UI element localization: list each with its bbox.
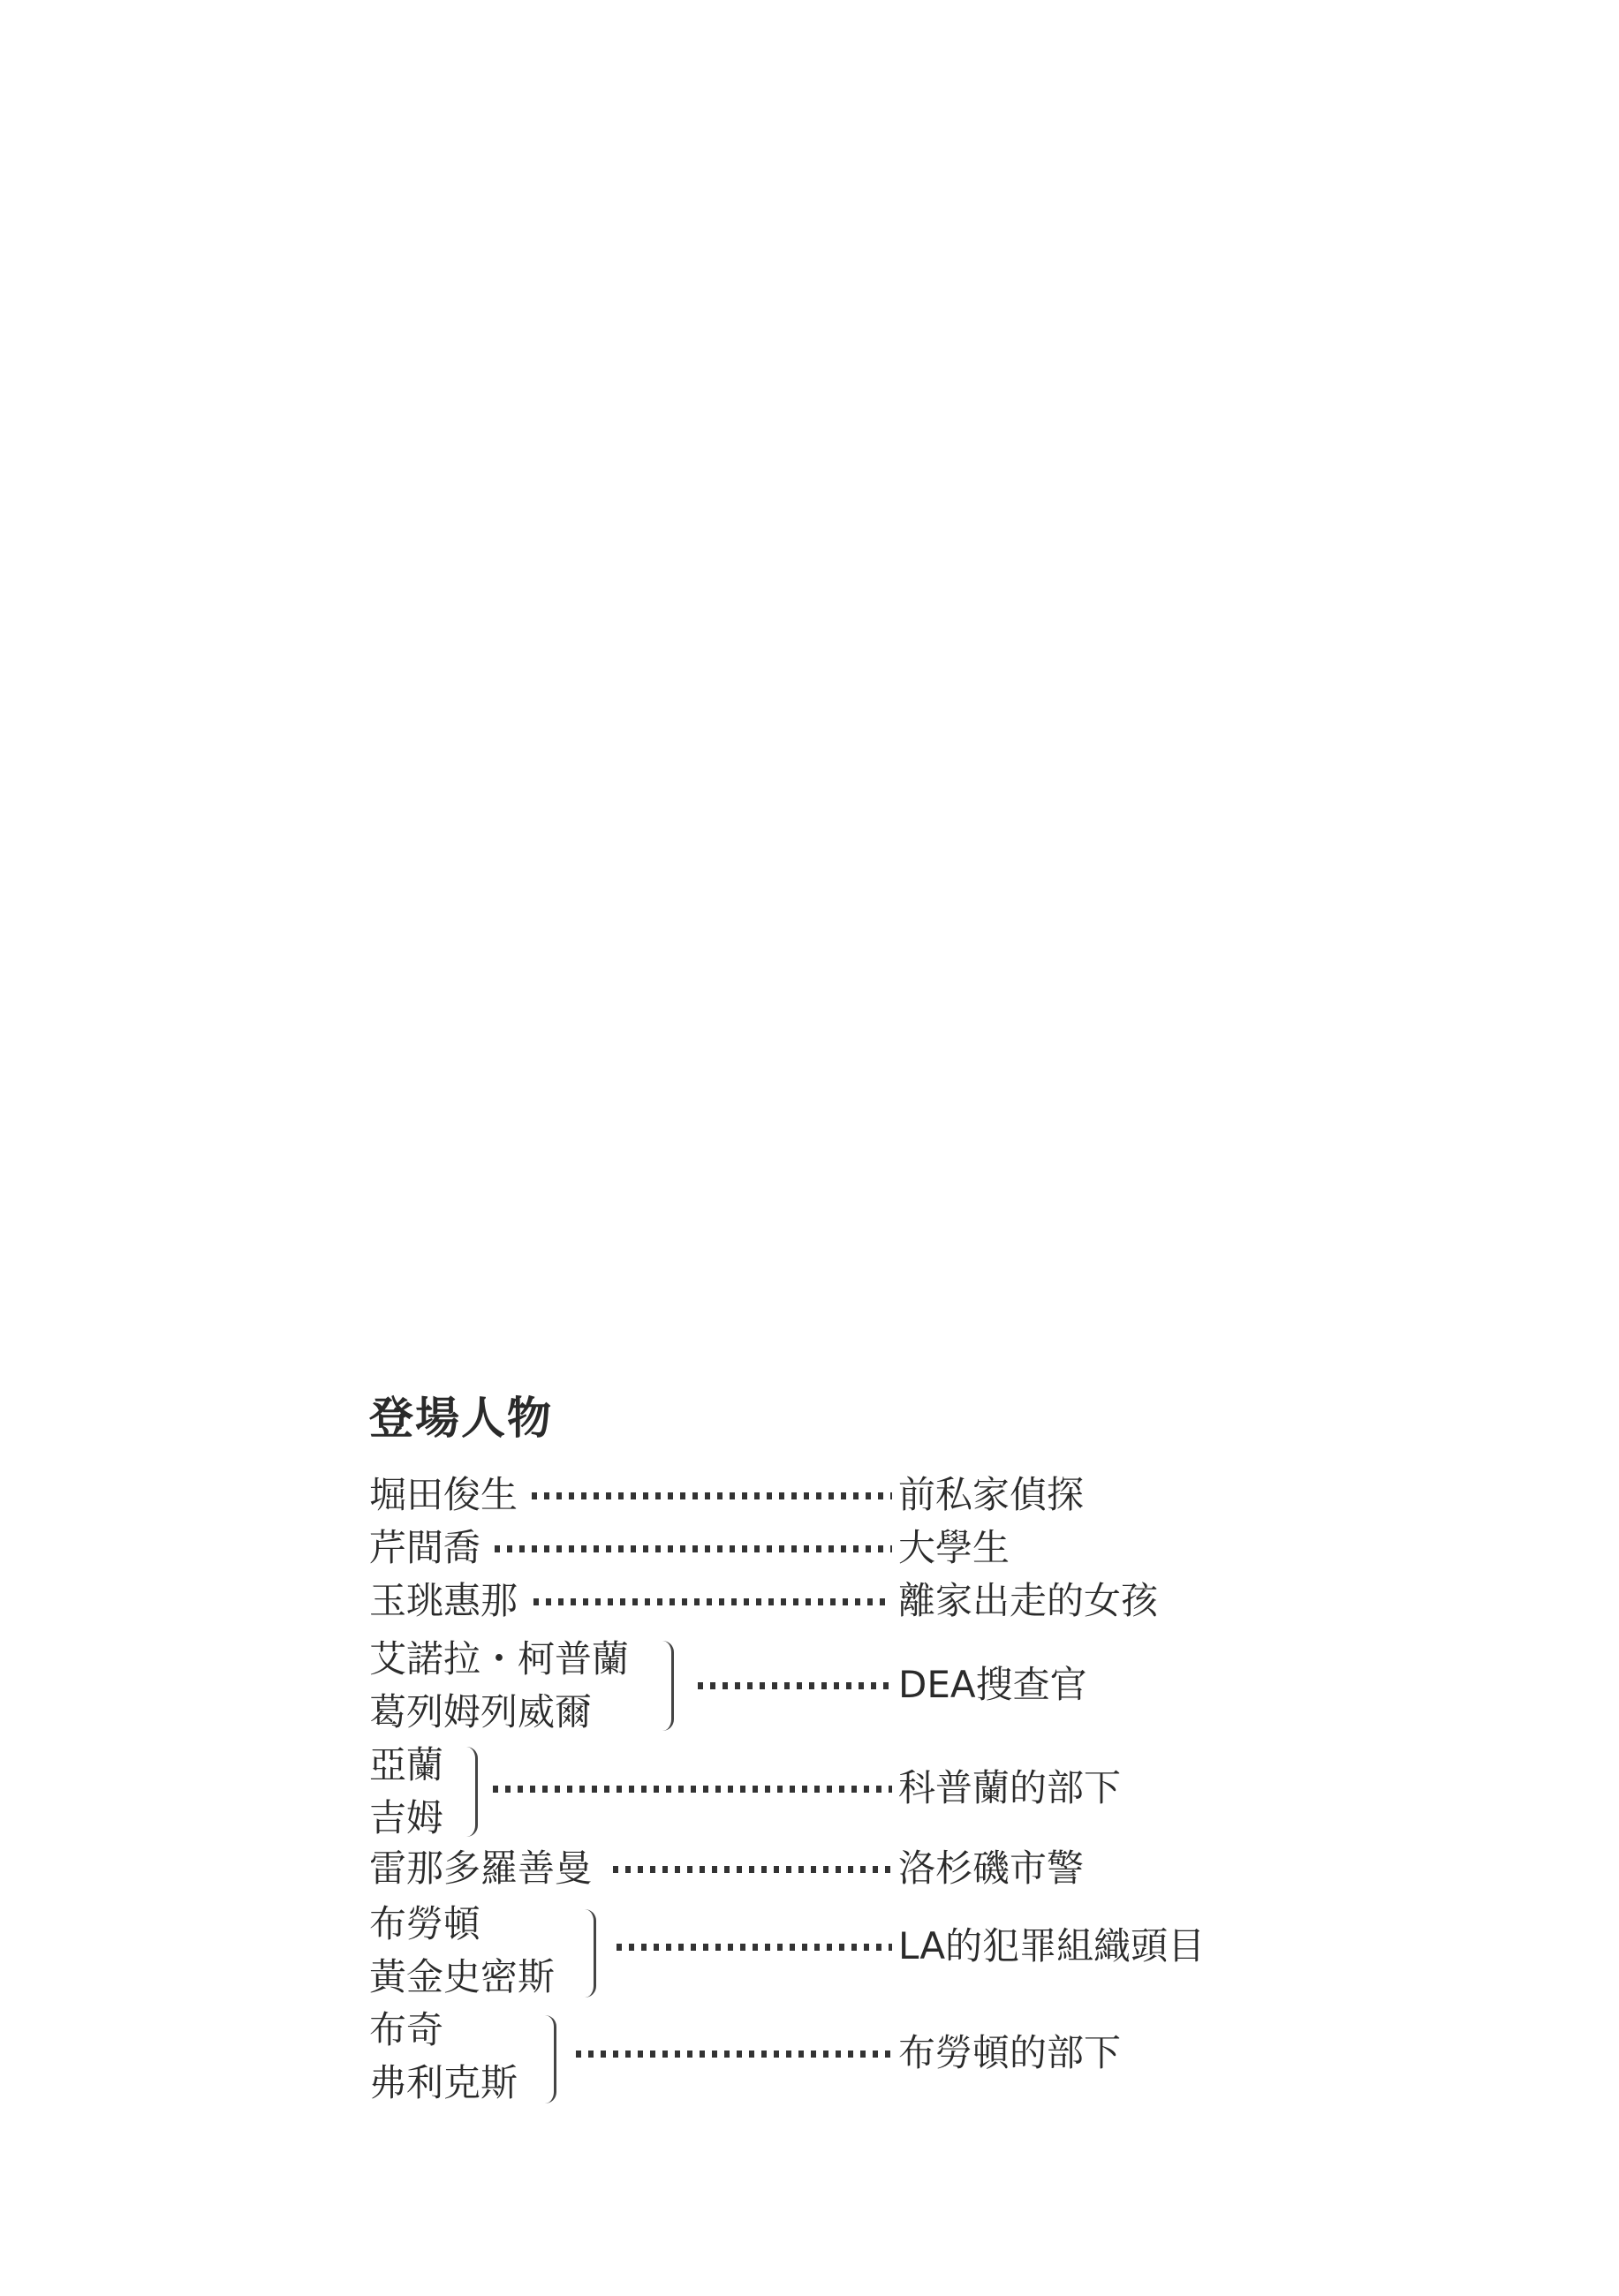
character-role: 科普蘭的部下 (898, 1770, 1121, 1807)
group-brace (466, 1747, 478, 1837)
character-role: 前私家偵探 (898, 1477, 1084, 1514)
character-role: 布勞頓的部下 (898, 2035, 1121, 2072)
character-role: LA的犯罪組織頭目 (898, 1928, 1205, 1965)
character-role: 離家出走的女孩 (898, 1582, 1158, 1620)
character-name: 雷那多羅善曼 (369, 1850, 592, 1887)
character-name: 葛列姆列威爾 (369, 1694, 592, 1731)
character-role: DEA搜查官 (898, 1666, 1087, 1703)
leader-dots (495, 1545, 892, 1552)
leader-dots (533, 1598, 892, 1605)
character-name: 布勞頓 (369, 1906, 480, 1943)
leader-dots (493, 1786, 892, 1793)
leader-dots (698, 1682, 892, 1689)
page-title: 登場人物 (369, 1383, 553, 1446)
group-brace (545, 2015, 556, 2103)
character-name: 弗利克斯 (369, 2065, 518, 2102)
character-name: 黃金史密斯 (369, 1959, 555, 1996)
character-name: 吉姆 (369, 1800, 443, 1837)
group-brace (662, 1641, 674, 1731)
leader-dots (613, 1866, 892, 1873)
character-name: 亞蘭 (369, 1747, 443, 1784)
leader-dots (532, 1492, 892, 1499)
character-name: 堀田俊生 (369, 1477, 518, 1514)
character-name: 艾諾拉・柯普蘭 (369, 1641, 629, 1678)
leader-dots (576, 2051, 892, 2058)
group-brace (585, 1909, 596, 1998)
character-name: 布奇 (369, 2012, 443, 2049)
character-name: 玉珧惠那 (369, 1582, 518, 1620)
character-role: 洛杉磯市警 (898, 1850, 1084, 1887)
character-name: 芹間喬 (369, 1529, 480, 1567)
leader-dots (617, 1944, 892, 1951)
character-role: 大學生 (898, 1529, 1010, 1567)
